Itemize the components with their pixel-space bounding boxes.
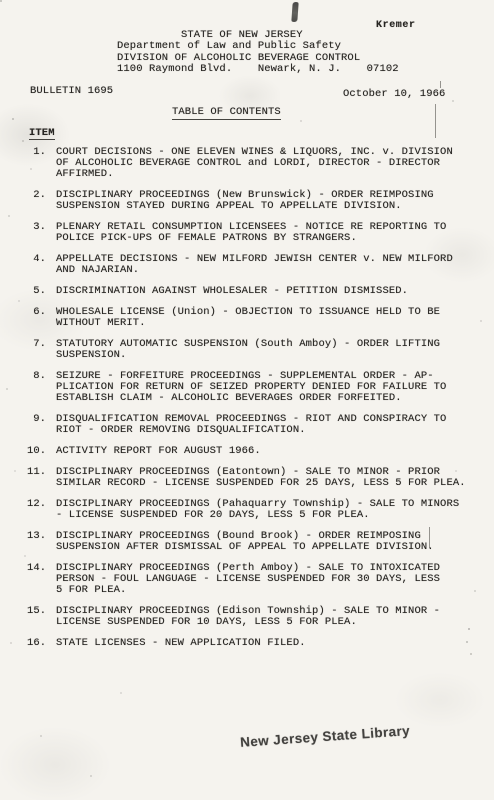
toc-item-text: DISCIPLINARY PROCEEDINGS (Bound Brook) -… [56,531,434,553]
toc-item-text: STATUTORY AUTOMATIC SUSPENSION (South Am… [56,339,440,361]
toc-item: 7.STATUTORY AUTOMATIC SUSPENSION (South … [0,339,494,361]
toc-item-number: 7. [27,339,46,350]
bulletin-number: BULLETIN 1695 [30,85,113,97]
toc-item-number: 1. [27,147,46,158]
toc-item-number: 10. [27,446,46,457]
toc-item-number: 3. [27,222,46,233]
toc-item-text: SEIZURE - FORFEITURE PROCEEDINGS - SUPPL… [56,371,446,404]
toc-item-text: PLENARY RETAIL CONSUMPTION LICENSEES - N… [56,222,446,244]
toc-item-text: COURT DECISIONS - ONE ELEVEN WINES & LIQ… [56,147,453,180]
toc-item: 13.DISCIPLINARY PROCEEDINGS (Bound Brook… [0,531,494,553]
toc-item: 5.DISCRIMINATION AGAINST WHOLESALER - PE… [0,286,494,297]
toc-item-text: DISCIPLINARY PROCEEDINGS (New Brunswick)… [56,190,434,212]
toc-item: 3.PLENARY RETAIL CONSUMPTION LICENSEES -… [0,222,494,244]
toc-item: 15.DISCIPLINARY PROCEEDINGS (Edison Town… [0,606,494,628]
toc-item: 12.DISCIPLINARY PROCEEDINGS (Pahaquarry … [0,499,494,521]
toc-item-text: WHOLESALE LICENSE (Union) - OBJECTION TO… [56,307,440,329]
toc-item: 1.COURT DECISIONS - ONE ELEVEN WINES & L… [0,147,494,180]
toc-item-number: 13. [27,531,46,542]
toc-item-text: DISCRIMINATION AGAINST WHOLESALER - PETI… [56,286,408,297]
page-title: TABLE OF CONTENTS [172,106,281,120]
toc-item-number: 5. [27,286,46,297]
scan-artifact-line [435,104,436,138]
ink-smudge [291,2,298,22]
toc-item-number: 6. [27,307,46,318]
toc-item-number: 12. [27,499,46,510]
scanned-document-page: Kremer STATE OF NEW JERSEYDepartment of … [0,0,494,800]
toc-item: 9.DISQUALIFICATION REMOVAL PROCEEDINGS -… [0,414,494,436]
toc-item-number: 8. [27,371,46,382]
toc-item-number: 4. [27,254,46,265]
toc-item: 11.DISCIPLINARY PROCEEDINGS (Eatontown) … [0,467,494,489]
toc-item: 4.APPELLATE DECISIONS - NEW MILFORD JEWI… [0,254,494,276]
item-column-label: ITEM [29,127,55,140]
toc-item-list: 1.COURT DECISIONS - ONE ELEVEN WINES & L… [0,147,494,659]
toc-item-text: APPELLATE DECISIONS - NEW MILFORD JEWISH… [56,254,453,276]
letterhead: STATE OF NEW JERSEYDepartment of Law and… [117,30,399,75]
toc-item: 6.WHOLESALE LICENSE (Union) - OBJECTION … [0,307,494,329]
toc-item-text: DISCIPLINARY PROCEEDINGS (Edison Townshi… [56,606,440,628]
toc-item-number: 16. [27,638,46,649]
toc-item: 8.SEIZURE - FORFEITURE PROCEEDINGS - SUP… [0,371,494,404]
library-stamp: New Jersey State Library [240,723,411,750]
toc-item-number: 14. [27,563,46,574]
scan-artifact-line [429,527,430,548]
toc-item: 16.STATE LICENSES - NEW APPLICATION FILE… [0,638,494,649]
toc-item-text: DISQUALIFICATION REMOVAL PROCEEDINGS - R… [56,414,446,436]
toc-item-text: DISCIPLINARY PROCEEDINGS (Pahaquarry Tow… [56,499,459,521]
letterhead-line: 1100 Raymond Blvd. Newark, N. J. 07102 [117,64,399,75]
toc-item-number: 2. [27,190,46,201]
toc-item: 10.ACTIVITY REPORT FOR AUGUST 1966. [0,446,494,457]
toc-item-text: ACTIVITY REPORT FOR AUGUST 1966. [56,446,261,457]
toc-item-text: STATE LICENSES - NEW APPLICATION FILED. [56,638,306,649]
toc-item-text: DISCIPLINARY PROCEEDINGS (Perth Amboy) -… [56,563,440,596]
document-date: October 10, 1966 [343,88,445,100]
toc-item-text: DISCIPLINARY PROCEEDINGS (Eatontown) - S… [56,467,466,489]
toc-item: 14.DISCIPLINARY PROCEEDINGS (Perth Amboy… [0,563,494,596]
toc-item-number: 9. [27,414,46,425]
scan-artifact-line [440,81,441,88]
letterhead-line: Department of Law and Public Safety [117,41,399,52]
toc-item-number: 15. [27,606,46,617]
toc-item: 2.DISCIPLINARY PROCEEDINGS (New Brunswic… [0,190,494,212]
toc-item-number: 11. [27,467,46,478]
